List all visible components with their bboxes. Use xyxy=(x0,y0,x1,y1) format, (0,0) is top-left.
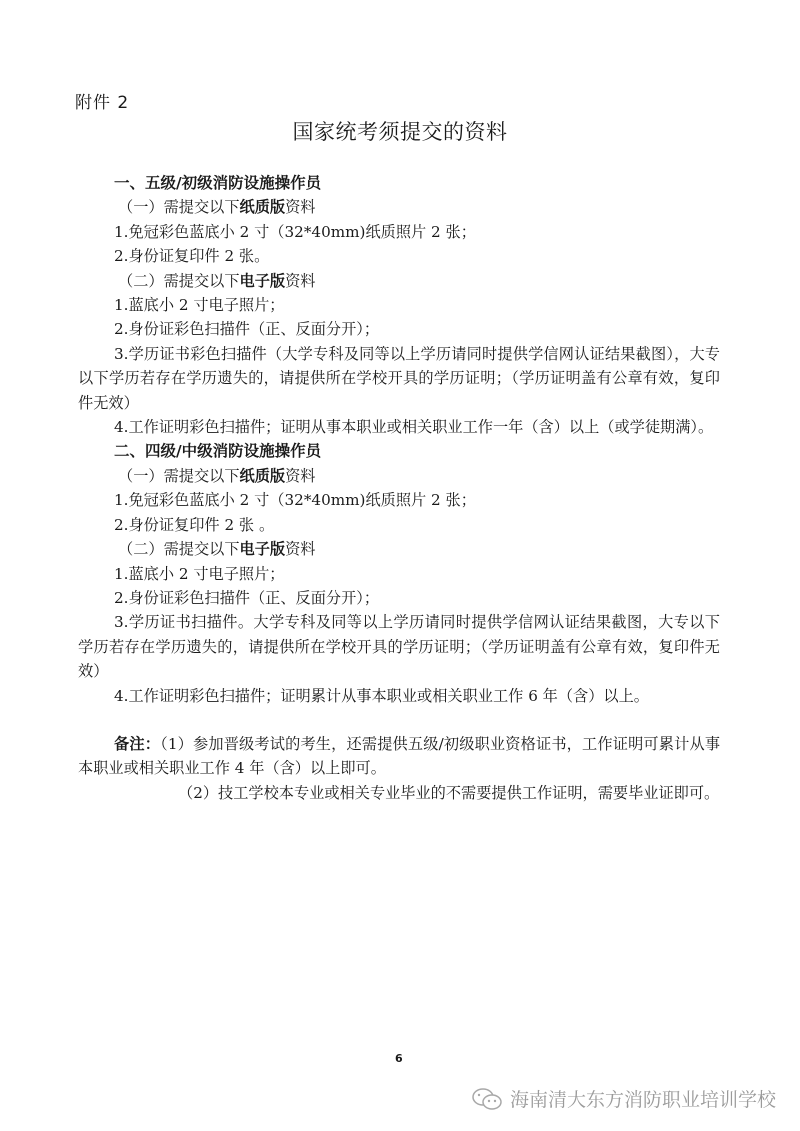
document-page: 附件 2 国家统考须提交的资料 一、五级/初级消防设施操作员 （一）需提交以下纸… xyxy=(0,0,800,1131)
list-item: 4.工作证明彩色扫描件；证明从事本职业或相关职业工作一年（含）以上（或学徒期满）… xyxy=(78,415,720,439)
text: 资料 xyxy=(285,272,315,290)
section2-electronic-heading: （二）需提交以下电子版资料 xyxy=(78,537,720,561)
list-item: 3.学历证书扫描件。大学专科及同等以上学历请同时提供学信网认证结果截图，大专以下… xyxy=(78,610,720,683)
list-item: 3.学历证书彩色扫描件（大学专科及同等以上学历请同时提供学信网认证结果截图），大… xyxy=(78,342,720,415)
page-number: 6 xyxy=(395,1052,403,1065)
text: （一）需提交以下 xyxy=(118,198,240,216)
watermark: 海南清大东方消防职业培训学校 xyxy=(470,1085,776,1112)
section1-electronic-heading: （二）需提交以下电子版资料 xyxy=(78,269,720,293)
emphasis: 纸质版 xyxy=(240,198,286,216)
list-item: 4.工作证明彩色扫描件；证明累计从事本职业或相关职业工作 6 年（含）以上。 xyxy=(78,684,720,708)
text: 资料 xyxy=(285,467,315,485)
emphasis: 纸质版 xyxy=(240,467,286,485)
list-item: 1.免冠彩色蓝底小 2 寸（32*40mm)纸质照片 2 张； xyxy=(78,488,720,512)
text: （二）需提交以下 xyxy=(118,272,240,290)
note-text: （1）参加晋级考试的考生，还需提供五级/初级职业资格证书，工作证明可累计从事本职… xyxy=(78,735,720,777)
text: （二）需提交以下 xyxy=(118,540,240,558)
section1-paper-heading: （一）需提交以下纸质版资料 xyxy=(78,195,720,219)
attachment-label: 附件 2 xyxy=(75,88,129,113)
document-body: 一、五级/初级消防设施操作员 （一）需提交以下纸质版资料 1.免冠彩色蓝底小 2… xyxy=(78,171,720,805)
notes-label: 备注： xyxy=(114,735,160,753)
page-title: 国家统考须提交的资料 xyxy=(0,116,800,146)
list-item: 1.免冠彩色蓝底小 2 寸（32*40mm)纸质照片 2 张； xyxy=(78,220,720,244)
list-item: 2.身份证复印件 2 张 。 xyxy=(78,513,720,537)
text: 资料 xyxy=(285,198,315,216)
list-item: 2.身份证彩色扫描件（正、反面分开）； xyxy=(78,586,720,610)
emphasis: 电子版 xyxy=(240,272,286,290)
section1-heading: 一、五级/初级消防设施操作员 xyxy=(78,171,720,195)
note-2: （2）技工学校本专业或相关专业毕业的不需要提供工作证明，需要毕业证即可。 xyxy=(78,781,720,805)
note-1: 备注：（1）参加晋级考试的考生，还需提供五级/初级职业资格证书，工作证明可累计从… xyxy=(78,732,720,781)
wechat-icon xyxy=(470,1086,504,1112)
section2-paper-heading: （一）需提交以下纸质版资料 xyxy=(78,464,720,488)
list-item: 2.身份证彩色扫描件（正、反面分开）； xyxy=(78,317,720,341)
emphasis: 电子版 xyxy=(240,540,286,558)
watermark-text: 海南清大东方消防职业培训学校 xyxy=(510,1085,776,1112)
list-item: 2.身份证复印件 2 张。 xyxy=(78,244,720,268)
text: （一）需提交以下 xyxy=(118,467,240,485)
spacer xyxy=(78,708,720,732)
list-item: 1.蓝底小 2 寸电子照片； xyxy=(78,562,720,586)
list-item: 1.蓝底小 2 寸电子照片； xyxy=(78,293,720,317)
section2-heading: 二、四级/中级消防设施操作员 xyxy=(78,439,720,463)
text: 资料 xyxy=(285,540,315,558)
